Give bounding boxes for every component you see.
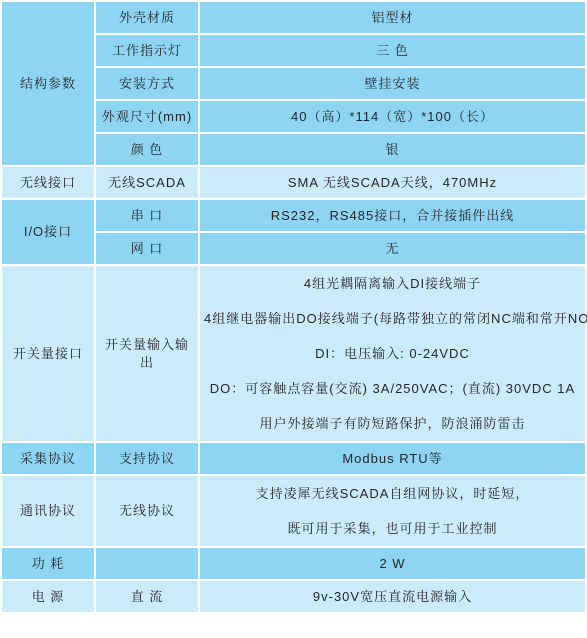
category-cell: 结构参数 [1,1,95,166]
param-value-cell: 无 [199,232,586,265]
param-value-cell: 银 [199,133,586,166]
param-label-cell: 支持协议 [95,442,199,475]
param-label-cell: 安装方式 [95,67,199,100]
category-cell: I/O接口 [1,199,95,265]
param-label-cell: 工作指示灯 [95,34,199,67]
param-value-cell: 4组光耦隔离输入DI接线端子4组继电器输出DO接线端子(每路带独立的常闭NC端和… [199,265,586,442]
category-cell: 通讯协议 [1,475,95,547]
param-value-cell: 2 W [199,547,586,580]
param-label-cell: 外壳材质 [95,1,199,34]
param-label-cell [95,547,199,580]
value-line: DI：电压输入: 0-24VDC [204,336,581,371]
param-label-cell: 串 口 [95,199,199,232]
param-value-cell: 40（高）*114（宽）*100（长） [199,100,586,133]
value-line: 4组继电器输出DO接线端子(每路带独立的常闭NC端和常开NO端) [204,301,581,336]
param-label-cell: 颜 色 [95,133,199,166]
table-row: 采集协议支持协议Modbus RTU等 [1,442,586,475]
category-cell: 采集协议 [1,442,95,475]
value-line: 4组光耦隔离输入DI接线端子 [204,266,581,301]
param-label-cell: 网 口 [95,232,199,265]
value-line: 用户外接端子有防短路保护，防浪涌防雷击 [204,406,581,441]
category-cell: 电 源 [1,580,95,613]
category-cell: 功 耗 [1,547,95,580]
param-label-cell: 无线SCADA [95,166,199,199]
table-row: 通讯协议无线协议支持凌犀无线SCADA自组网协议，时延短，既可用于采集，也可用于… [1,475,586,547]
param-label-cell: 开关量输入输出 [95,265,199,442]
value-line: 既可用于采集，也可用于工业控制 [204,511,581,546]
param-value-cell: 支持凌犀无线SCADA自组网协议，时延短，既可用于采集，也可用于工业控制 [199,475,586,547]
param-value-cell: 铝型材 [199,1,586,34]
table-row: 无线接口无线SCADASMA 无线SCADA天线，470MHz [1,166,586,199]
table-row: 结构参数外壳材质铝型材 [1,1,586,34]
param-value-cell: Modbus RTU等 [199,442,586,475]
table-row: 开关量接口开关量输入输出4组光耦隔离输入DI接线端子4组继电器输出DO接线端子(… [1,265,586,442]
category-cell: 开关量接口 [1,265,95,442]
spec-sheet: 结构参数外壳材质铝型材工作指示灯三 色安装方式壁挂安装外观尺寸(mm)40（高）… [0,0,587,614]
param-value-cell: 壁挂安装 [199,67,586,100]
param-value-cell: 三 色 [199,34,586,67]
param-value-cell: 9v-30V宽压直流电源输入 [199,580,586,613]
param-label-cell: 直 流 [95,580,199,613]
spec-table: 结构参数外壳材质铝型材工作指示灯三 色安装方式壁挂安装外观尺寸(mm)40（高）… [0,0,587,614]
table-row: 功 耗2 W [1,547,586,580]
value-line: 支持凌犀无线SCADA自组网协议，时延短， [204,476,581,511]
param-label-cell: 外观尺寸(mm) [95,100,199,133]
param-label-cell: 无线协议 [95,475,199,547]
param-value-cell: RS232，RS485接口，合并接插件出线 [199,199,586,232]
param-value-cell: SMA 无线SCADA天线，470MHz [199,166,586,199]
category-cell: 无线接口 [1,166,95,199]
spec-table-body: 结构参数外壳材质铝型材工作指示灯三 色安装方式壁挂安装外观尺寸(mm)40（高）… [1,1,586,613]
table-row: I/O接口串 口RS232，RS485接口，合并接插件出线 [1,199,586,232]
table-row: 电 源直 流9v-30V宽压直流电源输入 [1,580,586,613]
value-line: DO：可容触点容量(交流) 3A/250VAC；(直流) 30VDC 1A [204,371,581,406]
